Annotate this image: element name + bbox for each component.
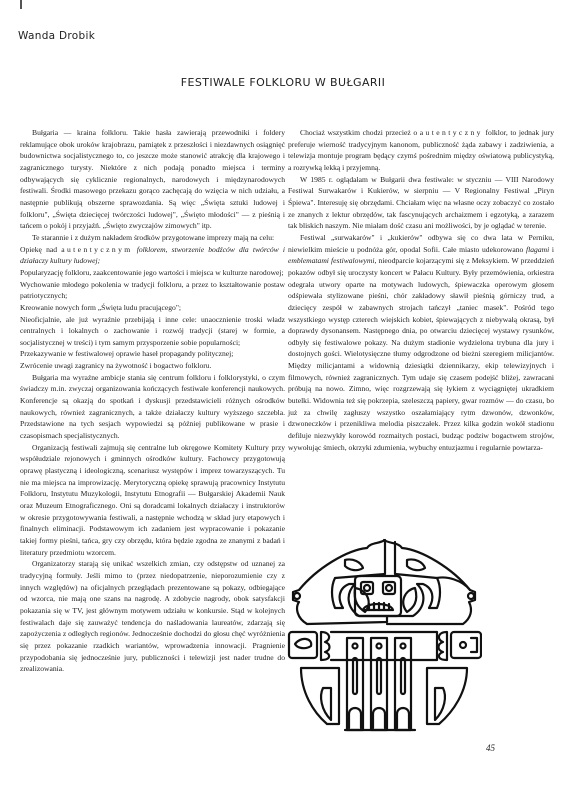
list-item: Kreowanie nowych form „Święta ludu pracu… (20, 302, 285, 314)
paragraph: Organizatorzy starają się unikać wszelki… (20, 558, 285, 675)
right-column: Chociaż wszystkim chodzi przecież o aute… (288, 127, 554, 453)
folk-mask-ornament-icon (287, 528, 482, 733)
list-item: Przekazywanie w festiwalowej oprawie has… (20, 348, 285, 360)
list-item: Nieoficjalnie, ale już wyraźnie przebija… (20, 314, 285, 349)
list-item: Popularyzację folkloru, zaakcentowanie j… (20, 267, 285, 279)
emphasis-spaced: autentycznym (61, 245, 132, 254)
paragraph: Chociaż wszystkim chodzi przecież o aute… (288, 127, 554, 174)
paragraph: W 1985 r. oglądałam w Bułgarii dwa festi… (288, 174, 554, 232)
emphasis-spaced: autentyczny (420, 128, 483, 137)
paragraph: Organizacją festiwali zajmują się centra… (20, 442, 285, 559)
list-item: Wychowanie młodego pokolenia w tradycji … (20, 279, 285, 302)
author-name: Wanda Drobik (18, 30, 95, 42)
paragraph: Bułgaria ma wyraźne ambicje stania się c… (20, 372, 285, 442)
page-number: 45 (486, 743, 495, 753)
list-item: Zwrócenie uwagi zagranicy na żywotność i… (20, 360, 285, 372)
paragraph: Bułgaria — kraina folkloru. Takie hasła … (20, 127, 285, 232)
paragraph: Te starannie i z dużym nakładem środków … (20, 232, 285, 244)
margin-mark (20, 0, 22, 9)
list-item: Opiekę nad autentycznym folklorem, stwor… (20, 244, 285, 267)
left-column: Bułgaria — kraina folkloru. Takie hasła … (20, 127, 285, 675)
article-title: FESTIWALE FOLKLORU W BUŁGARII (0, 76, 566, 89)
paragraph: Festiwal „surwakarów" i „kukierów" odbyw… (288, 232, 554, 453)
